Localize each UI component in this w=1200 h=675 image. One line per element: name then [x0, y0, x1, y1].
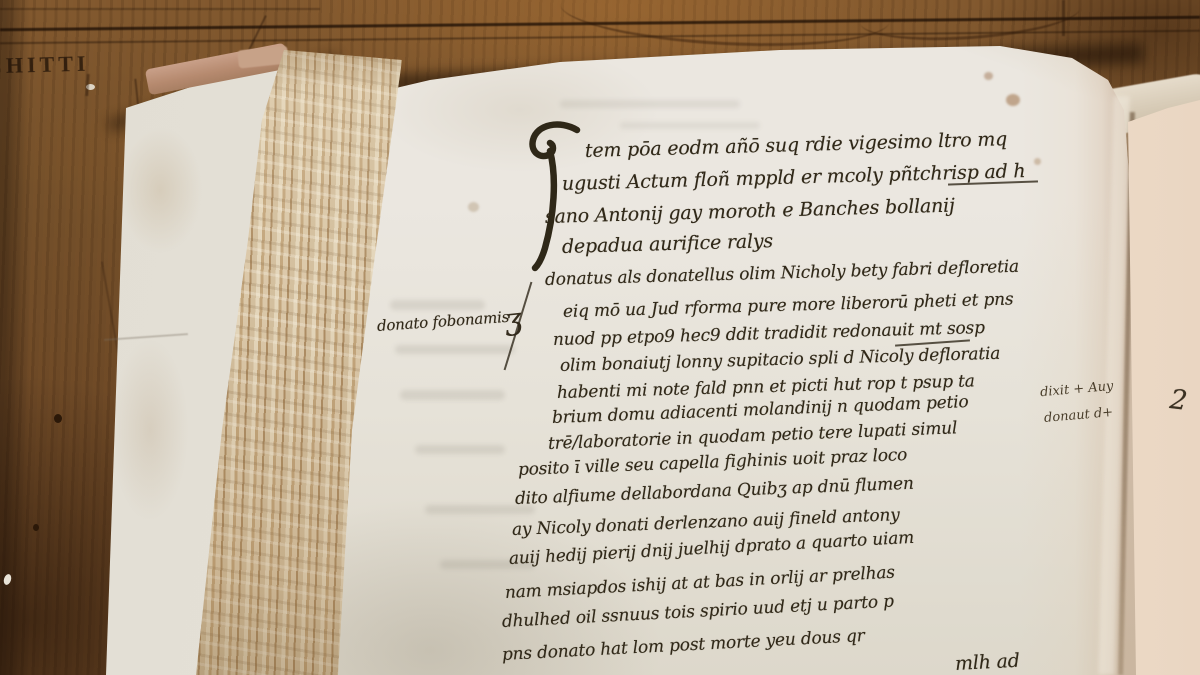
- ink-showthrough: [390, 300, 485, 310]
- wood-knot: [54, 414, 62, 423]
- ink-showthrough: [395, 345, 515, 354]
- fox-stain: [468, 202, 479, 212]
- wood-crack: [1062, 0, 1065, 36]
- manuscript-line-fragment: mlh ad: [954, 650, 1020, 675]
- ink-showthrough: [620, 122, 760, 129]
- ink-showthrough: [415, 445, 505, 454]
- ink-showthrough: [560, 100, 740, 108]
- ink-showthrough: [400, 390, 505, 400]
- plank-seam: [0, 8, 320, 10]
- photo-of-manuscript: CHITTI 2 tem pōa eodm añō suq rdie viges…: [0, 0, 1200, 675]
- table-stamp-text: CHITTI: [0, 51, 90, 80]
- fox-stain: [984, 72, 993, 80]
- fox-stain: [1006, 94, 1020, 106]
- fox-stain: [1034, 158, 1041, 165]
- wood-knot: [33, 524, 39, 531]
